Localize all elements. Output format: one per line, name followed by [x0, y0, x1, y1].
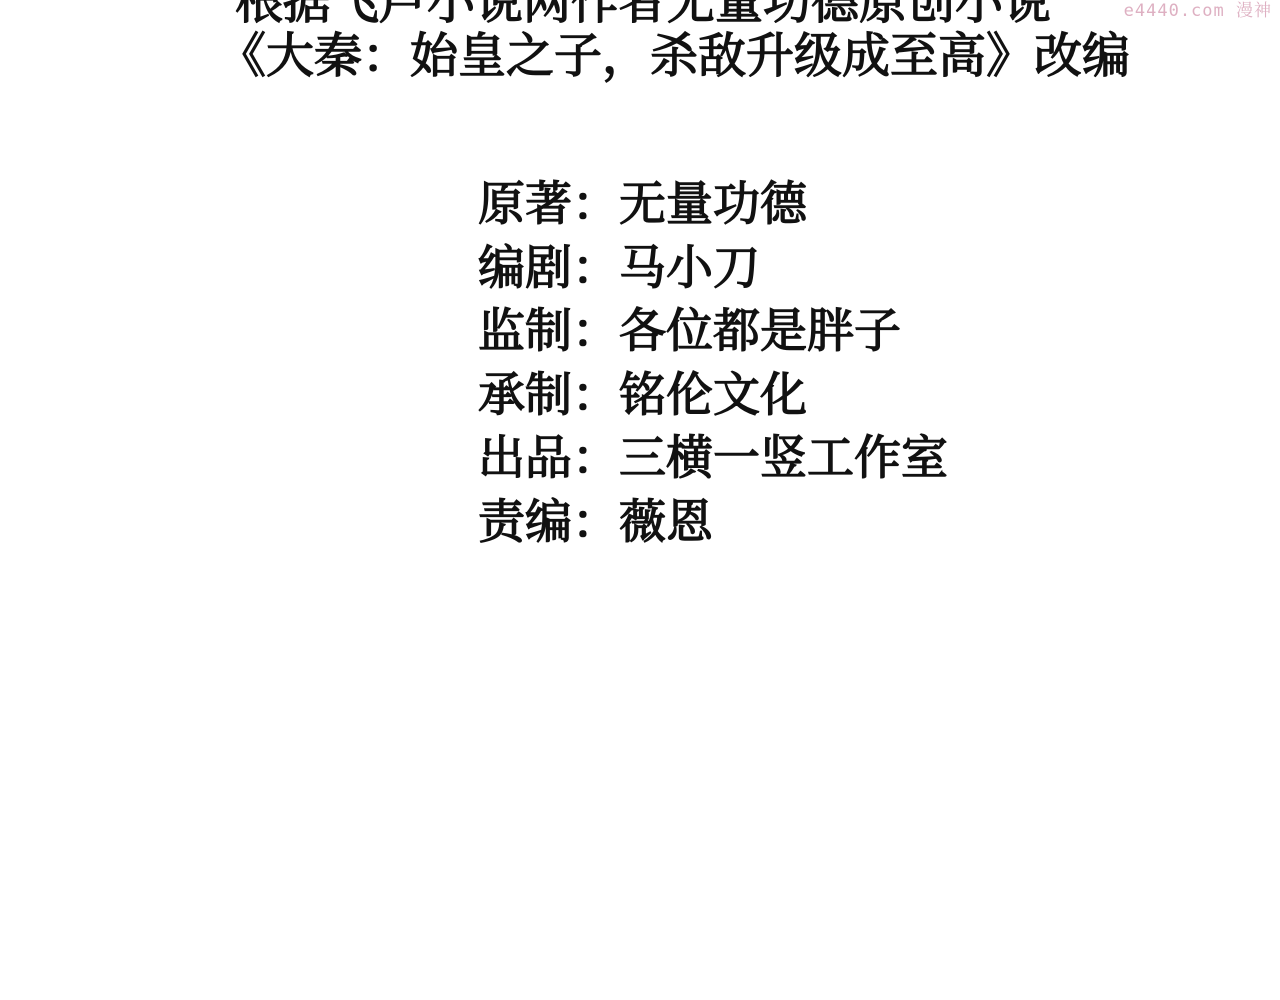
adapted-work-title-line: 《大秦：始皇之子，杀敌升级成至高》改编: [218, 33, 1130, 81]
comic-credits-page: e4440.com 漫神 根据飞卢小说网作者无量功德原创小说 《大秦：始皇之子，…: [0, 0, 1280, 1000]
credit-line-supervisor: 监制：各位都是胖子: [478, 299, 948, 363]
credit-line-original-author: 原著：无量功德: [478, 172, 948, 236]
credit-line-presented-by: 出品：三横一竖工作室: [478, 426, 948, 490]
credit-line-screenwriter: 编剧：马小刀: [478, 236, 948, 300]
credit-line-responsible-editor: 责编：薇恩: [478, 490, 948, 554]
site-watermark: e4440.com 漫神: [1124, 2, 1272, 20]
credit-line-production: 承制：铭伦文化: [478, 363, 948, 427]
adaptation-source-line: 根据飞卢小说网作者无量功德原创小说: [235, 0, 1051, 27]
credits-list: 原著：无量功德 编剧：马小刀 监制：各位都是胖子 承制：铭伦文化 出品：三横一竖…: [478, 172, 948, 553]
